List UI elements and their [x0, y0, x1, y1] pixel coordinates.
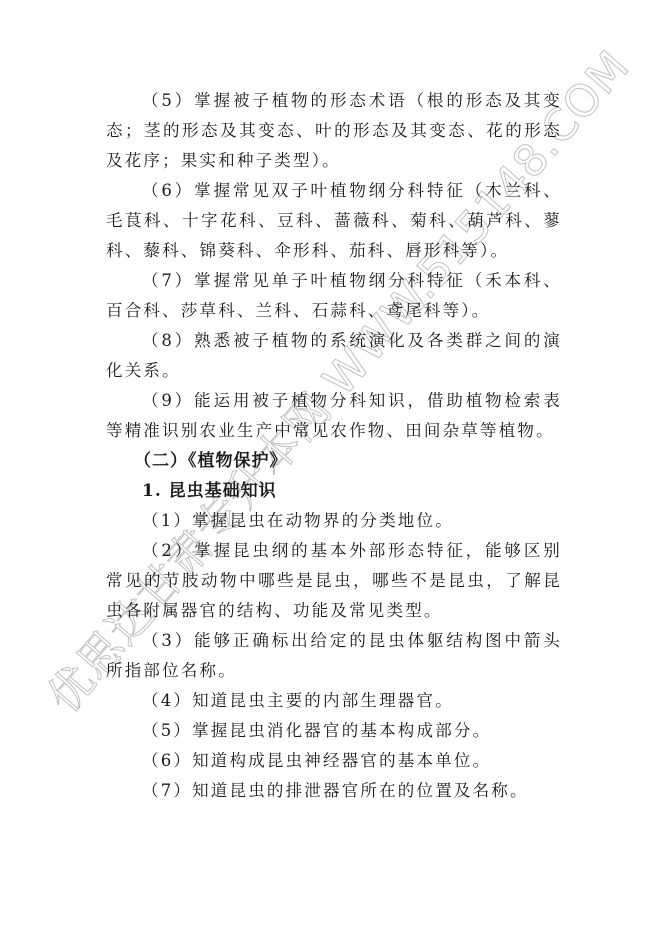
paragraph-9-identification: （9）能运用被子植物分科知识，借助植物检索表等精准识别农业生产中常见农作物、田间… [106, 386, 562, 446]
paragraph-5-angiosperm-morphology: （5）掌握被子植物的形态术语（根的形态及其变态；茎的形态及其变态、叶的形态及其变… [106, 86, 562, 176]
paragraph-insect-2: （2）掌握昆虫纲的基本外部形态特征，能够区别常见的节肢动物中哪些是昆虫，哪些不是… [106, 536, 562, 626]
paragraph-insect-1: （1）掌握昆虫在动物界的分类地位。 [106, 506, 562, 536]
paragraph-7-monocot-families: （7）掌握常见单子叶植物纲分科特征（禾本科、百合科、莎草科、兰科、石蒜科、鸢尾科… [106, 266, 562, 326]
paragraph-insect-6: （6）知道构成昆虫神经器官的基本单位。 [106, 746, 562, 776]
paragraph-6-dicot-families: （6）掌握常见双子叶植物纲分科特征（木兰科、毛茛科、十字花科、豆科、蔷薇科、菊科… [106, 176, 562, 266]
paragraph-insect-3: （3）能够正确标出给定的昆虫体躯结构图中箭头所指部位名称。 [106, 626, 562, 686]
document-page: （5）掌握被子植物的形态术语（根的形态及其变态；茎的形态及其变态、叶的形态及其变… [106, 86, 562, 806]
section-heading-plant-protection: （二）《植物保护》 [106, 446, 562, 476]
paragraph-8-evolution: （8）熟悉被子植物的系统演化及各类群之间的演化关系。 [106, 326, 562, 386]
paragraph-insect-4: （4）知道昆虫主要的内部生理器官。 [106, 686, 562, 716]
subsection-heading-insect-basics: 1. 昆虫基础知识 [106, 476, 562, 506]
paragraph-insect-7: （7）知道昆虫的排泄器官所在的位置及名称。 [106, 776, 562, 806]
paragraph-insect-5: （5）掌握昆虫消化器官的基本构成部分。 [106, 716, 562, 746]
